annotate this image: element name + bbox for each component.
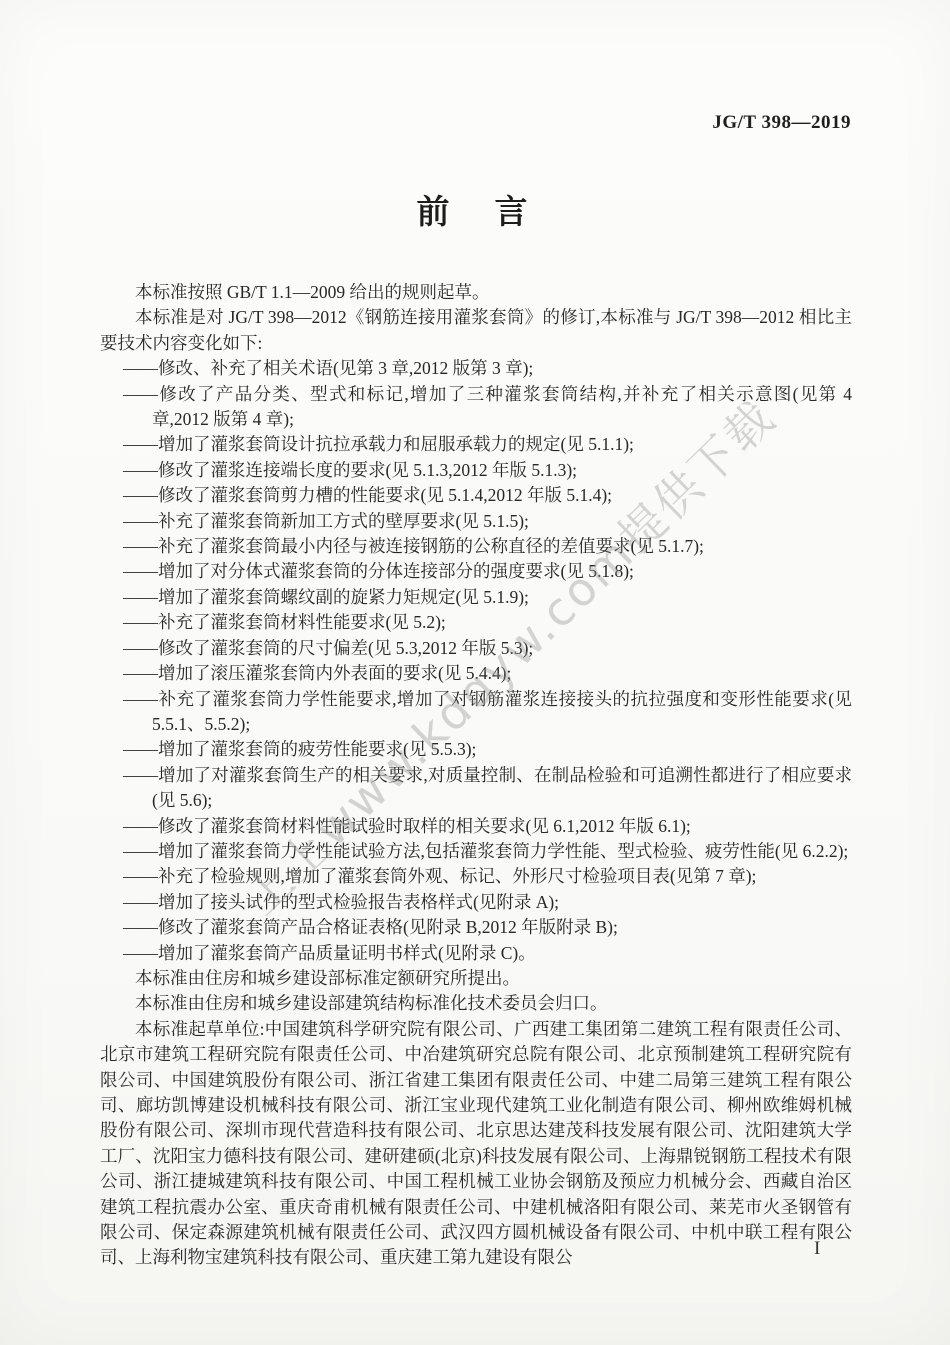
- change-item: ——增加了灌浆套筒螺纹副的旋紧力矩规定(见 5.1.9);: [100, 585, 852, 610]
- change-item: ——修改了灌浆套筒产品合格证表格(见附录 B,2012 年版附录 B);: [100, 915, 852, 940]
- page-title: 前 言: [0, 186, 950, 233]
- change-item: ——增加了对灌浆套筒生产的相关要求,对质量控制、在制品检验和可追溯性都进行了相应…: [100, 763, 852, 814]
- closing-paragraph: 本标准由住房和城乡建设部标准定额研究所提出。: [100, 966, 852, 991]
- change-item: ——修改、补充了相关术语(见第 3 章,2012 版第 3 章);: [100, 356, 852, 381]
- standard-code: JG/T 398—2019: [712, 112, 851, 134]
- closing-paragraphs: 本标准由住房和城乡建设部标准定额研究所提出。本标准由住房和城乡建设部建筑结构标准…: [100, 966, 852, 1271]
- change-item: ——修改了灌浆套筒材料性能试验时取样的相关要求(见 6.1,2012 年版 6.…: [100, 814, 852, 839]
- change-item: ——修改了灌浆套筒剪力槽的性能要求(见 5.1.4,2012 年版 5.1.4)…: [100, 483, 852, 508]
- change-item: ——增加了灌浆套筒力学性能试验方法,包括灌浆套筒力学性能、型式检验、疲劳性能(见…: [100, 839, 852, 864]
- intro-paragraphs: 本标准按照 GB/T 1.1—2009 给出的规则起草。本标准是对 JG/T 3…: [100, 280, 852, 356]
- change-item: ——补充了检验规则,增加了灌浆套筒外观、标记、外形尺寸检验项目表(见第 7 章)…: [100, 864, 852, 889]
- intro-paragraph: 本标准是对 JG/T 398—2012《钢筋连接用灌浆套筒》的修订,本标准与 J…: [100, 305, 852, 356]
- closing-paragraph: 本标准起草单位:中国建筑科学研究院有限公司、广西建工集团第二建筑工程有限责任公司…: [100, 1017, 852, 1271]
- change-item: ——增加了接头试件的型式检验报告表格样式(见附录 A);: [100, 890, 852, 915]
- intro-paragraph: 本标准按照 GB/T 1.1—2009 给出的规则起草。: [100, 280, 852, 305]
- change-item: ——修改了灌浆连接端长度的要求(见 5.1.3,2012 年版 5.1.3);: [100, 458, 852, 483]
- change-items-list: ——修改、补充了相关术语(见第 3 章,2012 版第 3 章);——修改了产品…: [100, 356, 852, 966]
- change-item: ——增加了灌浆套筒设计抗拉承载力和屈服承载力的规定(见 5.1.1);: [100, 432, 852, 457]
- change-item: ——补充了灌浆套筒新加工方式的壁厚要求(见 5.1.5);: [100, 509, 852, 534]
- page-number: I: [814, 1238, 820, 1260]
- closing-paragraph: 本标准由住房和城乡建设部建筑结构标准化技术委员会归口。: [100, 991, 852, 1016]
- change-item: ——补充了灌浆套筒材料性能要求(见 5.2);: [100, 610, 852, 635]
- document-page: JG/T 398—2019 上上www.kdqyw.com提供下载 前 言 本标…: [0, 0, 950, 1345]
- change-item: ——补充了灌浆套筒力学性能要求,增加了对钢筋灌浆连接接头的抗拉强度和变形性能要求…: [100, 687, 852, 738]
- change-item: ——修改了灌浆套筒的尺寸偏差(见 5.3,2012 年版 5.3);: [100, 636, 852, 661]
- change-item: ——增加了对分体式灌浆套筒的分体连接部分的强度要求(见 5.1.8);: [100, 559, 852, 584]
- foreword-content: 本标准按照 GB/T 1.1—2009 给出的规则起草。本标准是对 JG/T 3…: [100, 280, 852, 1271]
- change-item: ——修改了产品分类、型式和标记,增加了三种灌浆套筒结构,并补充了相关示意图(见第…: [100, 382, 852, 433]
- change-item: ——增加了灌浆套筒的疲劳性能要求(见 5.5.3);: [100, 737, 852, 762]
- change-item: ——增加了滚压灌浆套筒内外表面的要求(见 5.4.4);: [100, 661, 852, 686]
- change-item: ——补充了灌浆套筒最小内径与被连接钢筋的公称直径的差值要求(见 5.1.7);: [100, 534, 852, 559]
- change-item: ——增加了灌浆套筒产品质量证明书样式(见附录 C)。: [100, 941, 852, 966]
